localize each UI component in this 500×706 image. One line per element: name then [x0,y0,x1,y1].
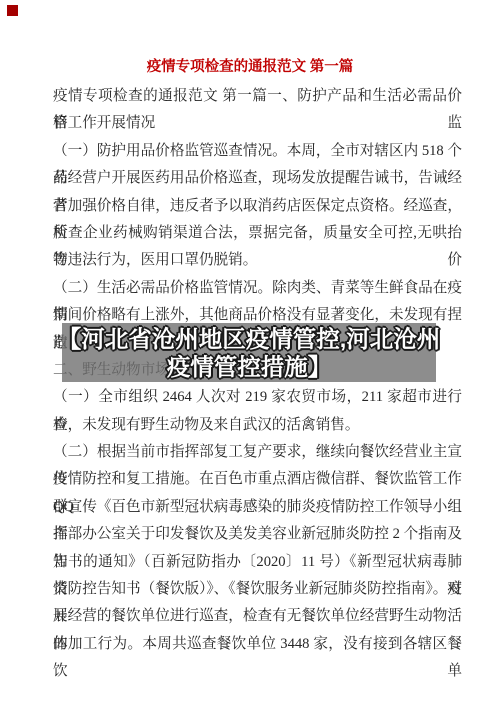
text-line: 检查企业药械购销渠道合法，票据完备，质量安全可控,无哄抬物价 [53,220,462,247]
text-line: 群宣传《百色市新型冠状病毒感染的肺炎疫情防控工作领导小组指 [53,494,462,521]
text-line: 知书的通知》（百新冠防指办〔2020〕11 号）《新型冠状病毒肺炎疫 [53,549,462,576]
text-line: 情防控告知书（餐饮版）》、《餐饮服务业新冠肺炎防控指南》。对开 [53,576,462,603]
text-line: 的加工行为。本周共巡查餐饮单位 3448 家，没有接到各辖区餐饮单 [53,631,462,658]
text-line: 挥部办公室关于印发餐饮及美发美容业新冠肺炎防控 2 个指南及告 [53,521,462,548]
caption-overlay-band: 【河北省沧州地区疫情管控,河北沧州 疫情管控措施】 [62,323,436,382]
red-corner-marker [7,5,18,16]
text-line: （一）防护用品价格监管巡查情况。本周，全市对辖区内 518 个药 [53,138,462,165]
text-line: 者加强价格自律，违反者予以取消药店医保定点资格。经巡查，所 [53,193,462,220]
text-line: （一）全市组织 2464 人次对 219 家农贸市场，211 家超市进行检 [53,384,462,411]
page-title: 疫情专项检查的通报范文 第一篇 [0,56,500,78]
document-page: 疫情专项检查的通报范文 第一篇 疫情专项检查的通报范文 第一篇一、防护产品和生活… [0,0,500,706]
text-line: 疫情防控和复工措施。在百色市重点酒店微信群、餐饮监管工作 QQ [53,466,462,493]
text-line: 查，未发现有野生动物及来自武汉的活禽销售。 [53,412,462,439]
caption-overlay-line-1: 【河北省沧州地区疫情管控,河北沧州 [58,325,441,353]
text-line: 疫情专项检查的通报范文 第一篇一、防护产品和生活必需品价格监 [53,83,462,110]
caption-overlay-line-2: 疫情管控措施】 [167,353,332,381]
text-line: （二）根据当前市指挥部复工复产要求，继续向餐饮经营业主宣传 [53,439,462,466]
text-line: 展经营的餐饮单位进行巡查，检查有无餐饮单位经营野生动物活体 [53,603,462,630]
text-line: （二）生活必需品价格监管情况。除肉类、青菜等生鲜食品在疫情 [53,275,462,302]
text-line: 品经营户开展医药用品价格巡查，现场发放提醒告诫书，告诫经营 [53,165,462,192]
